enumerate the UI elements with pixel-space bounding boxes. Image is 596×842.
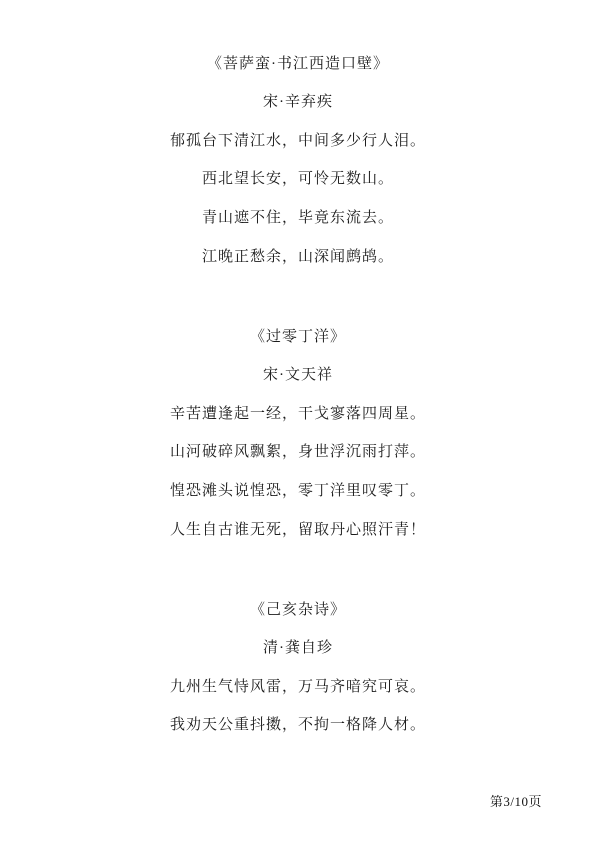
verse-line: 郁孤台下清江水，中间多少行人泪。 [0, 122, 596, 161]
poem-title: 《过零丁洋》 [0, 318, 596, 357]
verse-line: 辛苦遭逢起一经，干戈寥落四周星。 [0, 395, 596, 434]
page-number: 第3/10页 [490, 794, 542, 810]
poem-block-3: 《己亥杂诗》 清·龚自珍 九州生气恃风雷，万马齐喑究可哀。 我劝天公重抖擞，不拘… [0, 591, 596, 745]
verse-line: 惶恐滩头说惶恐，零丁洋里叹零丁。 [0, 472, 596, 511]
verse-line: 青山遮不住，毕竟东流去。 [0, 199, 596, 238]
verse-line: 西北望长安，可怜无数山。 [0, 160, 596, 199]
verse-line: 江晚正愁余，山深闻鹧鸪。 [0, 238, 596, 277]
poem-block-1: 《菩萨蛮·书江西造口壁》 宋·辛弃疾 郁孤台下清江水，中间多少行人泪。 西北望长… [0, 45, 596, 277]
poem-title: 《己亥杂诗》 [0, 591, 596, 630]
verse-line: 人生自古谁无死，留取丹心照汗青！ [0, 511, 596, 550]
poem-block-2: 《过零丁洋》 宋·文天祥 辛苦遭逢起一经，干戈寥落四周星。 山河破碎风飘絮，身世… [0, 318, 596, 550]
poem-title: 《菩萨蛮·书江西造口壁》 [0, 45, 596, 84]
poem-author: 宋·文天祥 [0, 356, 596, 395]
document-page: 《菩萨蛮·书江西造口壁》 宋·辛弃疾 郁孤台下清江水，中间多少行人泪。 西北望长… [0, 0, 596, 842]
poem-author: 清·龚自珍 [0, 629, 596, 668]
verse-line: 九州生气恃风雷，万马齐喑究可哀。 [0, 668, 596, 707]
poem-author: 宋·辛弃疾 [0, 83, 596, 122]
document-content: 《菩萨蛮·书江西造口壁》 宋·辛弃疾 郁孤台下清江水，中间多少行人泪。 西北望长… [0, 0, 596, 745]
verse-line: 我劝天公重抖擞，不拘一格降人材。 [0, 706, 596, 745]
verse-line: 山河破碎风飘絮，身世浮沉雨打萍。 [0, 433, 596, 472]
